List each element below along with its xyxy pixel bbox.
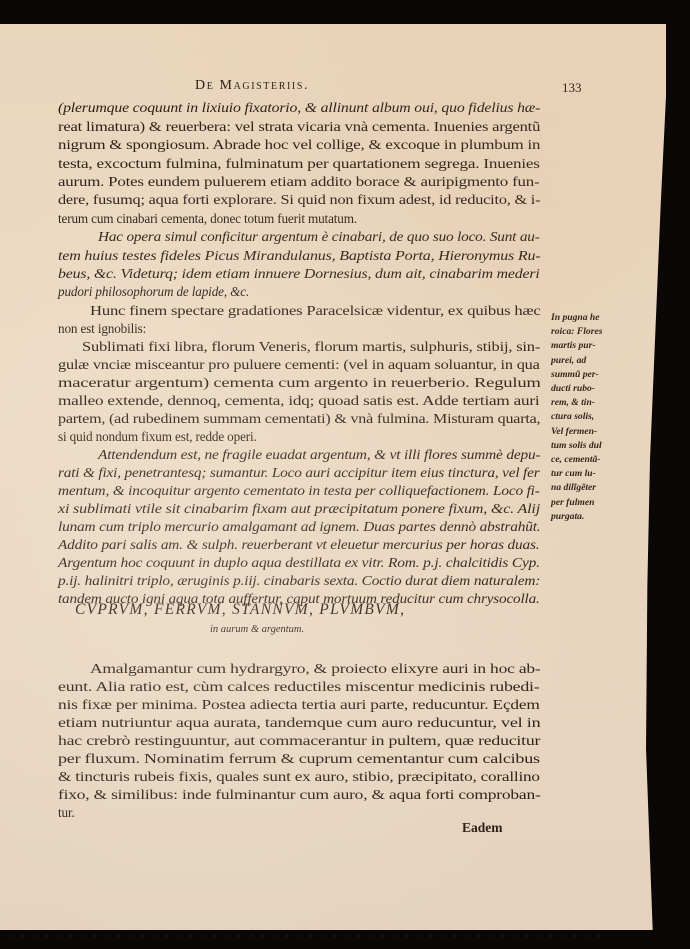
text-line: gulæ vnciæ misceantur pro puluere cement… xyxy=(58,358,540,371)
text-line: hac crebrò restinguuntur, aut commaceran… xyxy=(58,734,540,747)
text-line: Addito pari salis am. & sulph. reuerbera… xyxy=(58,538,539,551)
marginal-note-line: purei, ad xyxy=(551,356,586,366)
text-line: Attendendum est, ne fragile euadat argen… xyxy=(98,448,540,461)
text-line: Argentum hoc coquunt in duplo aqua desti… xyxy=(58,556,540,569)
marginal-note-line: tur cum lu- xyxy=(551,469,596,479)
text-line: eunt. Alia ratio est, cùm calces reducti… xyxy=(58,680,540,693)
text-line: non est ignobilis: xyxy=(58,322,146,335)
text-line: (plerumque coquunt in lixiuio fixatorio,… xyxy=(58,101,540,114)
text-line: Hac opera simul conficitur argentum è ci… xyxy=(98,230,540,243)
text-line: partem, (ad rubedinem summam cementati) … xyxy=(58,412,540,425)
section-subheading: in aurum & argentum. xyxy=(210,624,304,635)
text-line: rati & fixi, penetrantesq; sumantur. Loc… xyxy=(58,466,540,479)
marginal-note-line: ce, cementã- xyxy=(551,455,601,465)
text-line: fixo, & similibus: inde fulminantur cum … xyxy=(58,788,541,801)
text-line: Sublimati fixi libra, florum Veneris, fl… xyxy=(82,340,540,353)
text-line: aurum. Potes eundem puluerem etiam addit… xyxy=(58,175,539,188)
text-line: tur. xyxy=(58,806,75,819)
catchword: Eadem xyxy=(462,820,503,836)
marginal-note-line: na dilĩgẽter xyxy=(551,483,596,493)
marginal-note-line: martis pur- xyxy=(551,341,596,351)
text-line: etiam nutriuntur aqua aurata, tandemque … xyxy=(58,716,540,729)
text-line: maceratur argentum) cementa cum argento … xyxy=(58,376,541,389)
marginal-note-line: purgata. xyxy=(551,512,584,522)
marginal-note-line: ctura solis, xyxy=(551,412,594,422)
text-line: pudori philosophorum de lapide, &c. xyxy=(58,285,249,298)
marginal-note-line: Vel fermen- xyxy=(551,427,597,437)
section-heading: CVPRVM, FERRVM, STANNVM, PLVMBVM, xyxy=(75,601,405,619)
scan-edge-marks xyxy=(10,935,610,937)
marginal-note-line: In pugna he xyxy=(551,313,600,323)
marginal-note-line: summũ per- xyxy=(551,370,599,380)
marginal-note-line: rem, & tin- xyxy=(551,398,595,408)
book-page: De Magisteriis. 133 (plerumque coquunt i… xyxy=(0,24,666,930)
page-number: 133 xyxy=(562,80,582,96)
text-line: nis fixæ per minima. Postea adiecta tert… xyxy=(58,698,540,711)
text-line: mentum, & incoquitur argento cementato i… xyxy=(58,484,540,497)
text-line: si quid nondum fixum est, redde operi. xyxy=(58,430,257,443)
text-line: p.ij. halinitri triplo, æruginis p.iij. … xyxy=(58,574,540,587)
text-line: Hunc finem spectare gradationes Paracels… xyxy=(90,304,541,317)
marginal-note-line: tum solis dul xyxy=(551,441,602,451)
text-line: malleo extende, dennoq, cementa, idq; qu… xyxy=(58,394,539,407)
text-line: reat limatura) & reuerbera: vel strata v… xyxy=(58,120,540,133)
marginal-note-line: per fulmen xyxy=(551,498,594,508)
text-line: & tincturis rubeis fixis, quales sunt ex… xyxy=(58,770,540,783)
text-line: beus, &c. Videturq; idem etiam innuere D… xyxy=(58,267,540,280)
text-line: xi sublimati vtile sit cinabarim fixam a… xyxy=(58,502,540,515)
text-line: per fluxum. Nominatim ferrum & cuprum ce… xyxy=(58,752,540,765)
marginal-note-line: roica: Flores xyxy=(551,327,602,337)
text-line: dere, fusumq; aqua forti explorare. Si q… xyxy=(58,193,540,206)
text-line: Amalgamantur cum hydrargyro, & proiecto … xyxy=(90,662,541,675)
text-line: tem huius testes fideles Picus Mirandula… xyxy=(58,249,540,262)
text-line: nigrum & spongiosum. Abrade hoc vel coll… xyxy=(58,138,540,151)
text-line: terum cum cinabari cementa, donec totum … xyxy=(58,212,357,225)
text-line: testa, excoctum fulmina, fulminatum per … xyxy=(58,157,540,170)
text-line: lunam cum triplo mercurio amalgamant ad … xyxy=(58,520,540,533)
marginal-note-line: ducti rubo- xyxy=(551,384,595,394)
running-title: De Magisteriis. xyxy=(195,78,309,94)
